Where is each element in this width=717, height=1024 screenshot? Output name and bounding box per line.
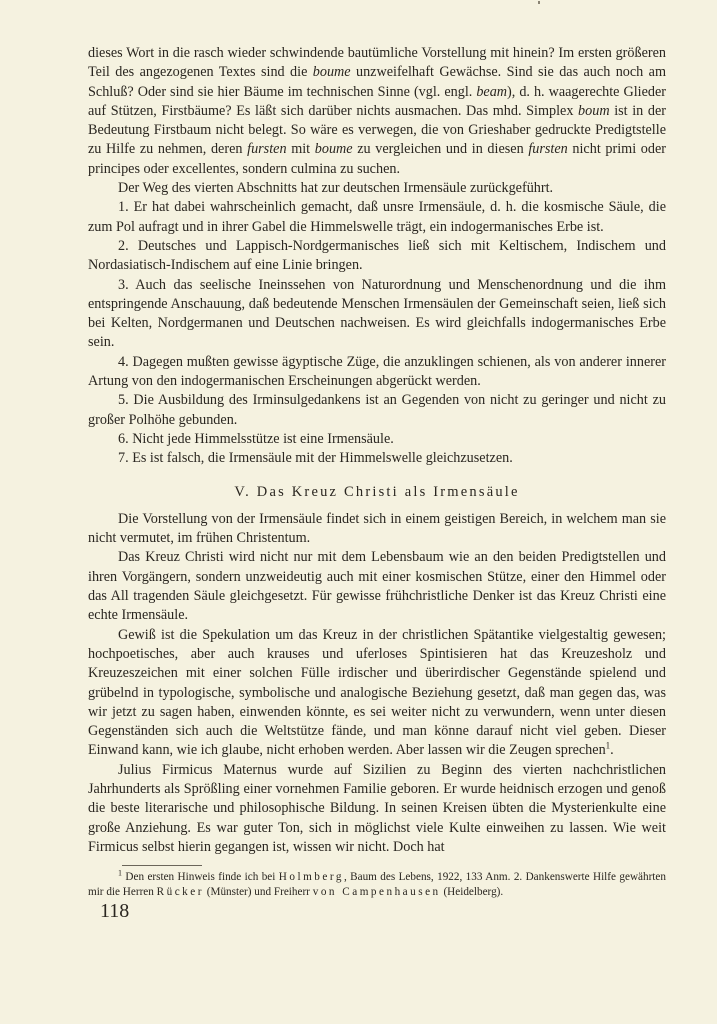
list-item: 3. Auch das seelische Ineinssehen von Na… bbox=[88, 276, 666, 353]
list-item: 6. Nicht jede Himmelsstütze ist eine Irm… bbox=[88, 430, 666, 449]
footnote-divider bbox=[122, 865, 202, 866]
list-item: 7. Es ist falsch, die Irmensäule mit der… bbox=[88, 449, 666, 468]
list-item: 4. Dagegen mußten gewisse ägyptische Züg… bbox=[88, 353, 666, 392]
page-number: 118 bbox=[100, 900, 129, 923]
scan-speck bbox=[538, 1, 540, 4]
section-heading: V. Das Kreuz Christi als Irmensäule bbox=[88, 483, 666, 502]
list-item: 2. Deutsches und Lappisch-Nordgermanisch… bbox=[88, 237, 666, 276]
author-name: Holmberg bbox=[279, 871, 344, 883]
author-name: von Campenhausen bbox=[313, 886, 441, 898]
list-item: 5. Die Ausbildung des Irminsulgedankens … bbox=[88, 391, 666, 430]
body-text: dieses Wort in die rasch wieder schwinde… bbox=[88, 44, 666, 900]
footnote: 1 Den ersten Hinweis finde ich bei Holmb… bbox=[88, 870, 666, 900]
list-item: 1. Er hat dabei wahrscheinlich gemacht, … bbox=[88, 198, 666, 237]
author-name: Rücker bbox=[157, 886, 204, 898]
paragraph: Julius Firmicus Maternus wurde auf Sizil… bbox=[88, 761, 666, 857]
paragraph-continuation: dieses Wort in die rasch wieder schwinde… bbox=[88, 44, 666, 179]
paragraph: Gewiß ist die Spekulation um das Kreuz i… bbox=[88, 626, 666, 761]
paragraph-summary-intro: Der Weg des vierten Abschnitts hat zur d… bbox=[88, 179, 666, 198]
book-page: dieses Wort in die rasch wieder schwinde… bbox=[0, 0, 717, 1024]
paragraph: Die Vorstellung von der Irmensäule finde… bbox=[88, 510, 666, 549]
paragraph: Das Kreuz Christi wird nicht nur mit dem… bbox=[88, 548, 666, 625]
